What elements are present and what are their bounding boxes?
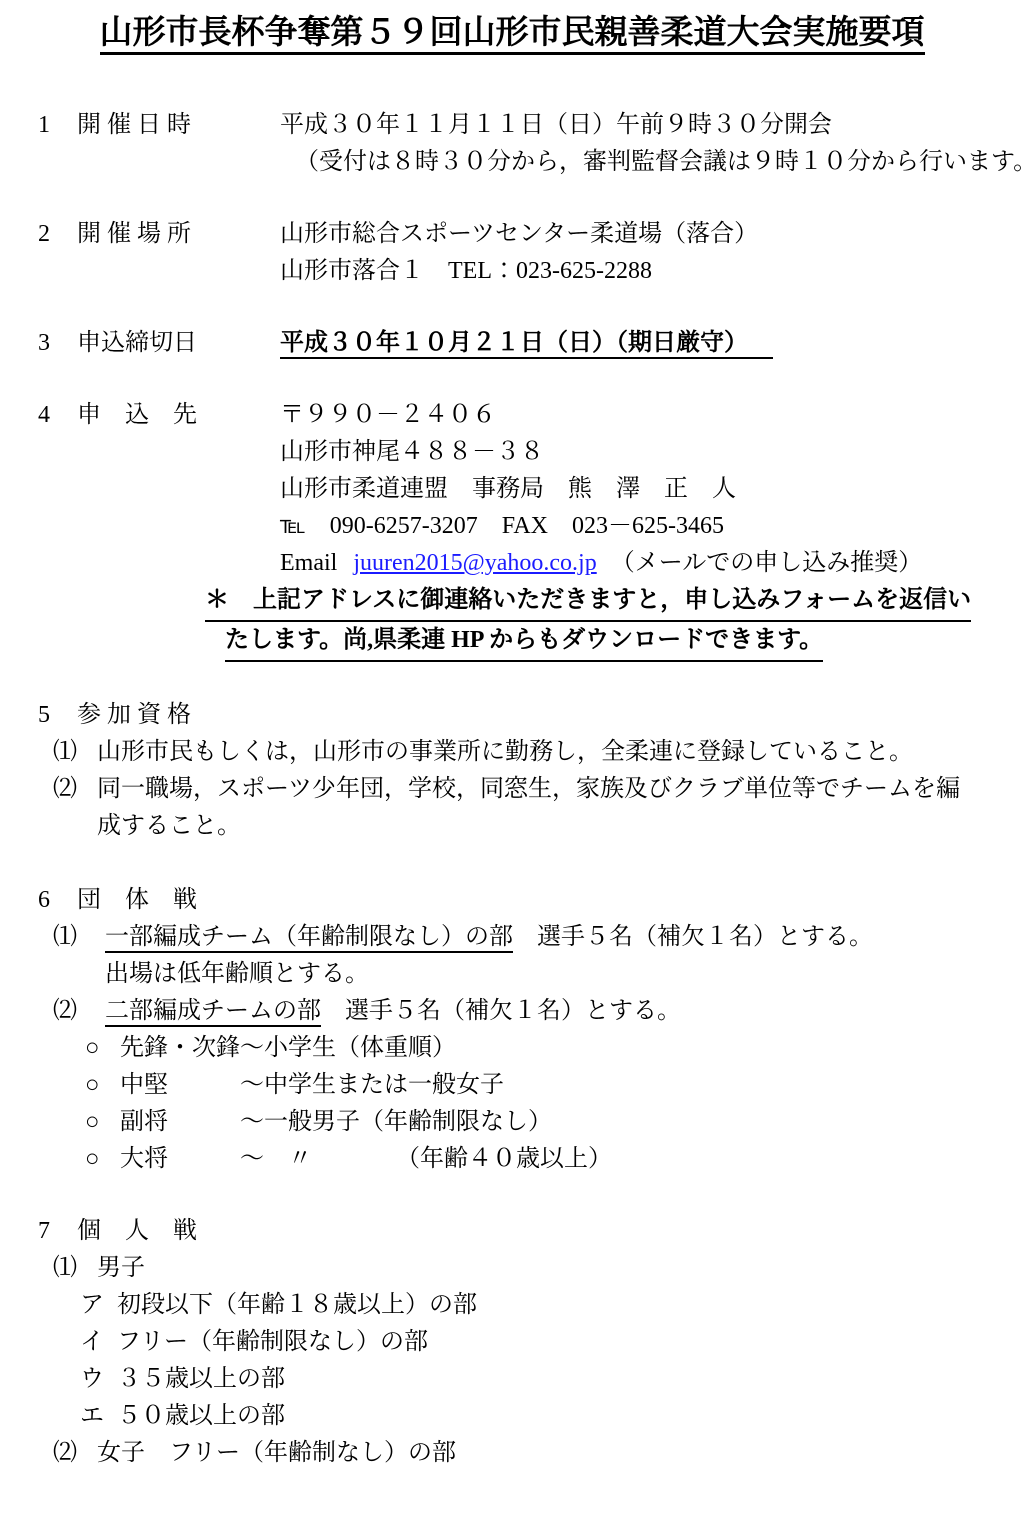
section-6-item-1-continuation: 出場は低年齢順とする。 <box>0 956 1024 993</box>
section-2-venue: 山形市総合スポーツセンター柔道場（落合） <box>280 216 1024 253</box>
item-1-marker: ⑴ <box>53 734 97 771</box>
subcategory-d-text: ５０歳以上の部 <box>117 1398 1024 1435</box>
section-5-label: 参 加 資 格 <box>77 697 280 734</box>
application-form-note-text2: たします。尚,県柔連 HP からもダウンロードできます。 <box>225 622 823 662</box>
application-form-note-line1: ＊ 上記アドレスに御連絡いただきますと，申し込みフォームを返信い <box>0 582 1024 622</box>
men-subcategory-d: エ ５０歳以上の部 <box>0 1398 1024 1435</box>
item-1-marker: ⑴ <box>53 1250 97 1287</box>
section-6-number: 6 <box>38 882 77 919</box>
subcategory-b-text: フリー（年齢制限なし）の部 <box>117 1324 1024 1361</box>
item-2-marker: ⑵ <box>53 993 105 1030</box>
team-division-1-detail: 選手５名（補欠１名）とする。 <box>513 924 873 950</box>
section-4-organization-line: 山形市柔道連盟 事務局 熊 澤 正 人 <box>0 471 1024 508</box>
section-4-email-line: Email juuren2015@yahoo.co.jp （メールでの申し込み推… <box>0 545 1024 582</box>
position-row-chuken: ○ 中堅 ～中学生または一般女子 <box>0 1067 1024 1104</box>
email-label: Email <box>280 545 337 582</box>
position-row-taisho: ○ 大将 ～ 〃 （年齢４０歳以上） <box>0 1141 1024 1178</box>
position-row-fukusho: ○ 副将 ～一般男子（年齢制限なし） <box>0 1104 1024 1141</box>
position-chuken-text: 中堅 ～中学生または一般女子 <box>120 1067 1024 1104</box>
item-1-text: 山形市民もしくは，山形市の事業所に勤務し，全柔連に登録していること。 <box>97 734 1024 771</box>
section-7-item-1: ⑴ 男子 <box>0 1250 1024 1287</box>
section-2-label: 開 催 場 所 <box>77 216 280 253</box>
section-2-address-line: 山形市落合１ TEL：023-625-2288 <box>0 253 1024 290</box>
section-3-heading: 3 申込締切日 平成３０年１０月２１日（日）（期日厳守） <box>0 325 1024 362</box>
section-5-item-1: ⑴ 山形市民もしくは，山形市の事業所に勤務し，全柔連に登録していること。 <box>0 734 1024 771</box>
section-7-number: 7 <box>38 1213 77 1250</box>
item-2-text: 二部編成チームの部 選手５名（補欠１名）とする。 <box>105 993 1024 1030</box>
document-title: 山形市長杯争奪第５９回山形市民親善柔道大会実施要項 <box>100 15 925 55</box>
section-3-deadline: 平成３０年１０月２１日（日）（期日厳守） <box>280 325 1024 362</box>
section-6-item-2: ⑵ 二部編成チームの部 選手５名（補欠１名）とする。 <box>0 993 1024 1030</box>
section-2-heading: 2 開 催 場 所 山形市総合スポーツセンター柔道場（落合） <box>0 216 1024 253</box>
section-1-datetime: 平成３０年１１月１１日（日）午前９時３０分開会 <box>280 107 1024 144</box>
section-7-item-2: ⑵ 女子 フリー（年齢制なし）の部 <box>0 1435 1024 1472</box>
subcategory-a-marker: ア <box>80 1287 117 1324</box>
item-2-marker: ⑵ <box>53 1435 97 1472</box>
subcategory-d-marker: エ <box>80 1398 117 1435</box>
item-2-marker: ⑵ <box>53 771 97 808</box>
men-category-label: 男子 <box>97 1250 1024 1287</box>
item-2-continuation-text: 成すること。 <box>97 808 241 845</box>
position-fukusho-text: 副将 ～一般男子（年齢制限なし） <box>120 1104 1024 1141</box>
section-5-number: 5 <box>38 697 77 734</box>
circle-bullet-icon: ○ <box>85 1030 120 1067</box>
section-4-telfax-line: ℡ 090-6257-3207 FAX 023－625-3465 <box>0 508 1024 545</box>
women-category-text: 女子 フリー（年齢制なし）の部 <box>97 1435 1024 1472</box>
email-note: （メールでの申し込み推奨） <box>611 545 923 582</box>
section-3-number: 3 <box>38 325 77 362</box>
section-1-reception-note-text: （受付は８時３０分から，審判監督会議は９時１０分から行います。） <box>295 144 1024 181</box>
email-link[interactable]: juuren2015@yahoo.co.jp <box>353 545 596 582</box>
section-1-label: 開 催 日 時 <box>77 107 280 144</box>
men-subcategory-c: ウ ３５歳以上の部 <box>0 1361 1024 1398</box>
deadline-text: 平成３０年１０月２１日（日）（期日厳守） <box>280 330 773 359</box>
item-1-text: 一部編成チーム（年齢制限なし）の部 選手５名（補欠１名）とする。 <box>105 919 1024 956</box>
section-4-label: 申 込 先 <box>77 397 280 434</box>
subcategory-b-marker: イ <box>80 1324 117 1361</box>
section-5-heading: 5 参 加 資 格 <box>0 697 1024 734</box>
team-division-1-name: 一部編成チーム（年齢制限なし）の部 <box>105 924 513 953</box>
section-1-number: 1 <box>38 107 77 144</box>
section-3-label: 申込締切日 <box>77 325 280 362</box>
section-6-label: 団 体 戦 <box>77 882 280 919</box>
men-subcategory-b: イ フリー（年齢制限なし）の部 <box>0 1324 1024 1361</box>
team-division-2-detail: 選手５名（補欠１名）とする。 <box>321 998 681 1024</box>
position-senpo-text: 先鋒・次鋒～小学生（体重順） <box>120 1030 1024 1067</box>
circle-bullet-icon: ○ <box>85 1104 120 1141</box>
section-5-item-2: ⑵ 同一職場，スポーツ少年団，学校，同窓生，家族及びクラブ単位等でチームを編 <box>0 771 1024 808</box>
subcategory-c-marker: ウ <box>80 1361 117 1398</box>
section-7-heading: 7 個 人 戦 <box>0 1213 1024 1250</box>
position-row-senpo: ○ 先鋒・次鋒～小学生（体重順） <box>0 1030 1024 1067</box>
section-4-heading: 4 申 込 先 〒９９０－２４０６ <box>0 397 1024 434</box>
subcategory-a-text: 初段以下（年齢１８歳以上）の部 <box>117 1287 1024 1324</box>
application-form-note-line2: たします。尚,県柔連 HP からもダウンロードできます。 <box>0 622 1024 662</box>
item-1-marker: ⑴ <box>53 919 105 956</box>
section-4-telfax-text: ℡ 090-6257-3207 FAX 023－625-3465 <box>280 508 724 545</box>
application-form-note-text1: ＊ 上記アドレスに御連絡いただきますと，申し込みフォームを返信い <box>205 582 971 622</box>
section-7-label: 個 人 戦 <box>77 1213 280 1250</box>
section-1-reception-note: （受付は８時３０分から，審判監督会議は９時１０分から行います。） <box>0 144 1024 181</box>
document-title-wrap: 山形市長杯争奪第５９回山形市民親善柔道大会実施要項 <box>0 0 1024 52</box>
section-6-heading: 6 団 体 戦 <box>0 882 1024 919</box>
men-subcategory-a: ア 初段以下（年齢１８歳以上）の部 <box>0 1287 1024 1324</box>
section-4-postal-code: 〒９９０－２４０６ <box>280 397 1024 434</box>
section-2-number: 2 <box>38 216 77 253</box>
section-4-address-text: 山形市神尾４８８－３８ <box>280 434 544 471</box>
team-division-1-order-note: 出場は低年齢順とする。 <box>105 956 369 993</box>
document-page: 山形市長杯争奪第５９回山形市民親善柔道大会実施要項 1 開 催 日 時 平成３０… <box>0 0 1024 1519</box>
section-4-organization-text: 山形市柔道連盟 事務局 熊 澤 正 人 <box>280 471 736 508</box>
subcategory-c-text: ３５歳以上の部 <box>117 1361 1024 1398</box>
section-1-heading: 1 開 催 日 時 平成３０年１１月１１日（日）午前９時３０分開会 <box>0 107 1024 144</box>
section-4-address-line: 山形市神尾４８８－３８ <box>0 434 1024 471</box>
item-2-text: 同一職場，スポーツ少年団，学校，同窓生，家族及びクラブ単位等でチームを編 <box>97 771 1024 808</box>
section-6-item-1: ⑴ 一部編成チーム（年齢制限なし）の部 選手５名（補欠１名）とする。 <box>0 919 1024 956</box>
circle-bullet-icon: ○ <box>85 1067 120 1104</box>
section-2-address-text: 山形市落合１ TEL：023-625-2288 <box>280 253 652 290</box>
team-division-2-name: 二部編成チームの部 <box>105 998 321 1027</box>
position-taisho-text: 大将 ～ 〃 （年齢４０歳以上） <box>120 1141 1024 1178</box>
section-5-item-2-continuation: 成すること。 <box>0 808 1024 845</box>
circle-bullet-icon: ○ <box>85 1141 120 1178</box>
section-4-number: 4 <box>38 397 77 434</box>
